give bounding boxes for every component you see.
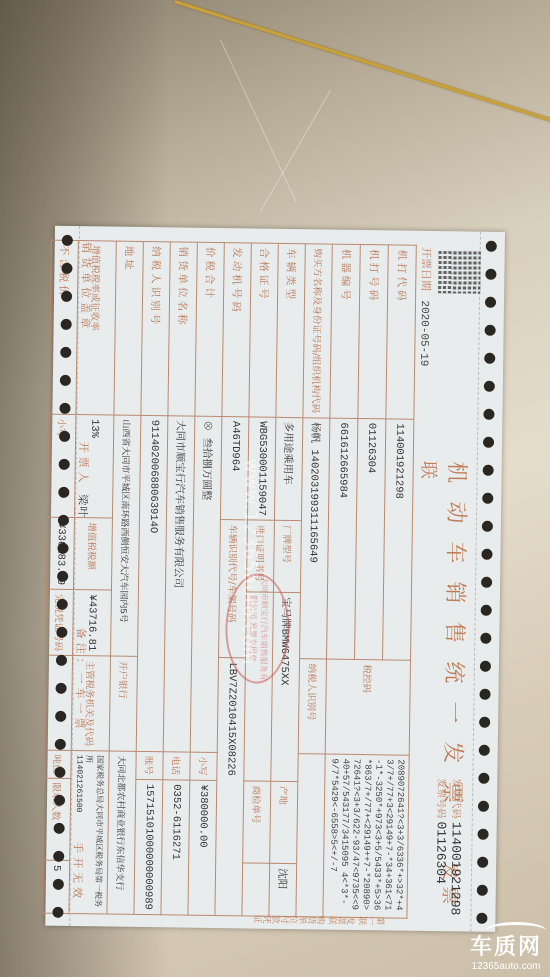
seller-stamp-label: 销货单位盖章 bbox=[78, 242, 95, 332]
phone-label: 电话 bbox=[163, 752, 190, 780]
machine-code-label: 机打代码 bbox=[386, 245, 416, 419]
total-small-value: ¥380000.00 bbox=[188, 780, 217, 915]
invoice-number-label: 发票号码 bbox=[435, 778, 447, 818]
address-value: 山西省大同市平城区南环路西侧恒安大汽车园内5号 bbox=[111, 415, 141, 657]
machine-serial-label: 机器编号 bbox=[330, 244, 360, 418]
invoice-code-label: 发票代码 bbox=[450, 778, 462, 818]
vehicle-sales-invoice: 机动车销售统一发票 发票联 开票日期 2020-05-19 发票代码 11400… bbox=[45, 226, 505, 932]
origin-value: 沈阳 bbox=[269, 863, 297, 916]
issue-date: 开票日期 2020-05-19 bbox=[417, 247, 435, 367]
total-words-text: 叁拾捌万圆整 bbox=[200, 437, 213, 500]
hand-issued-invalid-mark: 手开无效 bbox=[70, 842, 87, 902]
invoice-table: 机打代码 114001921298 税控码 2089072641?<3+3/63… bbox=[41, 240, 416, 919]
qr-code bbox=[438, 251, 481, 294]
invoice-codes: 发票代码 114001921298 发票号码 01126304 bbox=[431, 778, 463, 915]
tax-control-label: 税控码 bbox=[325, 659, 410, 755]
bank-label: 开户银行 bbox=[109, 656, 137, 751]
marble-vein bbox=[220, 40, 297, 204]
issue-date-value: 2020-05-19 bbox=[417, 300, 430, 366]
account-value: 15715101000000000989 bbox=[134, 779, 163, 914]
buyer-label: 购买方名称及身份证号码/组织机构代码 bbox=[303, 244, 332, 418]
seller-label: 销货单位名称 bbox=[168, 242, 197, 416]
vin-value: LBV7Z2010415X08226 bbox=[215, 658, 246, 916]
buyer-taxpayer-id-value bbox=[296, 753, 325, 916]
vehicle-type-label: 车辆类型 bbox=[276, 243, 305, 417]
logo-en: 12365auto.com bbox=[462, 961, 550, 972]
issue-date-label: 开票日期 bbox=[419, 247, 433, 291]
site-logo: 车质网 12365auto.com bbox=[462, 930, 550, 972]
seller-tax-id-value: 91140200688063914O bbox=[136, 415, 168, 751]
total-words: ⊗ 叁拾捌万圆整 bbox=[190, 416, 222, 752]
machine-number-value: 01126304 bbox=[355, 418, 386, 660]
total-small-label: 小写 bbox=[190, 752, 217, 780]
seller-value: 大同市顺宝行汽车销售服务有限公司 bbox=[163, 416, 195, 752]
bank-value: 大同北都农村商业银行东信华支行 bbox=[107, 751, 136, 914]
machine-serial-value: 661612665984 bbox=[327, 418, 358, 660]
vehicle-type-value: 多用途乘用车 bbox=[274, 417, 302, 521]
remark-note: 备注：一车一票 bbox=[72, 628, 89, 733]
buyer-id: 140203199311165649 bbox=[307, 449, 321, 563]
inspection-value bbox=[242, 863, 270, 916]
machine-code-value: 114001921298 bbox=[383, 419, 414, 661]
account-label: 账号 bbox=[136, 751, 163, 779]
tax-control-code: 2089072641?<3+3/6336*+>32*+43/7+/77+3<29… bbox=[323, 754, 409, 918]
invoice-code-value: 114001921298 bbox=[447, 822, 463, 916]
brand-model-label: 厂牌型号 bbox=[273, 521, 301, 593]
engine-label: 发动机号码 bbox=[222, 243, 251, 417]
buyer-taxpayer-id-label: 纳税人识别号 bbox=[298, 659, 326, 754]
total-label: 价税合计 bbox=[195, 242, 224, 416]
buyer-value: 杨帆 140203199311165649 bbox=[300, 417, 330, 659]
cert-label: 合格证号 bbox=[249, 243, 278, 417]
machine-number-label: 机打号码 bbox=[358, 244, 388, 418]
inspection-label: 商检单号 bbox=[243, 781, 271, 864]
address-label: 地址 bbox=[114, 241, 143, 415]
copy-side-note: 第一联 发票联 购货单位付款凭证 bbox=[254, 912, 386, 927]
marble-vein bbox=[260, 90, 331, 212]
seller-tax-id-label: 纳税人识别号 bbox=[141, 241, 170, 415]
buyer-name: 杨帆 bbox=[309, 422, 321, 443]
issuer-label: 开票人 bbox=[76, 442, 90, 487]
invoice-number-value: 01126304 bbox=[433, 821, 449, 884]
site-watermark: www.12365auto.com bbox=[238, 458, 262, 665]
phone-value: 0352-6116271 bbox=[161, 780, 190, 915]
car-roof-arc-icon bbox=[486, 922, 546, 939]
issuer-value: 梁叶 bbox=[76, 494, 89, 518]
invoice-title-text: 机动车销售统一发票 bbox=[439, 461, 469, 821]
origin-label: 产地 bbox=[270, 781, 298, 864]
issuer: 开票人 梁叶 bbox=[75, 442, 92, 519]
